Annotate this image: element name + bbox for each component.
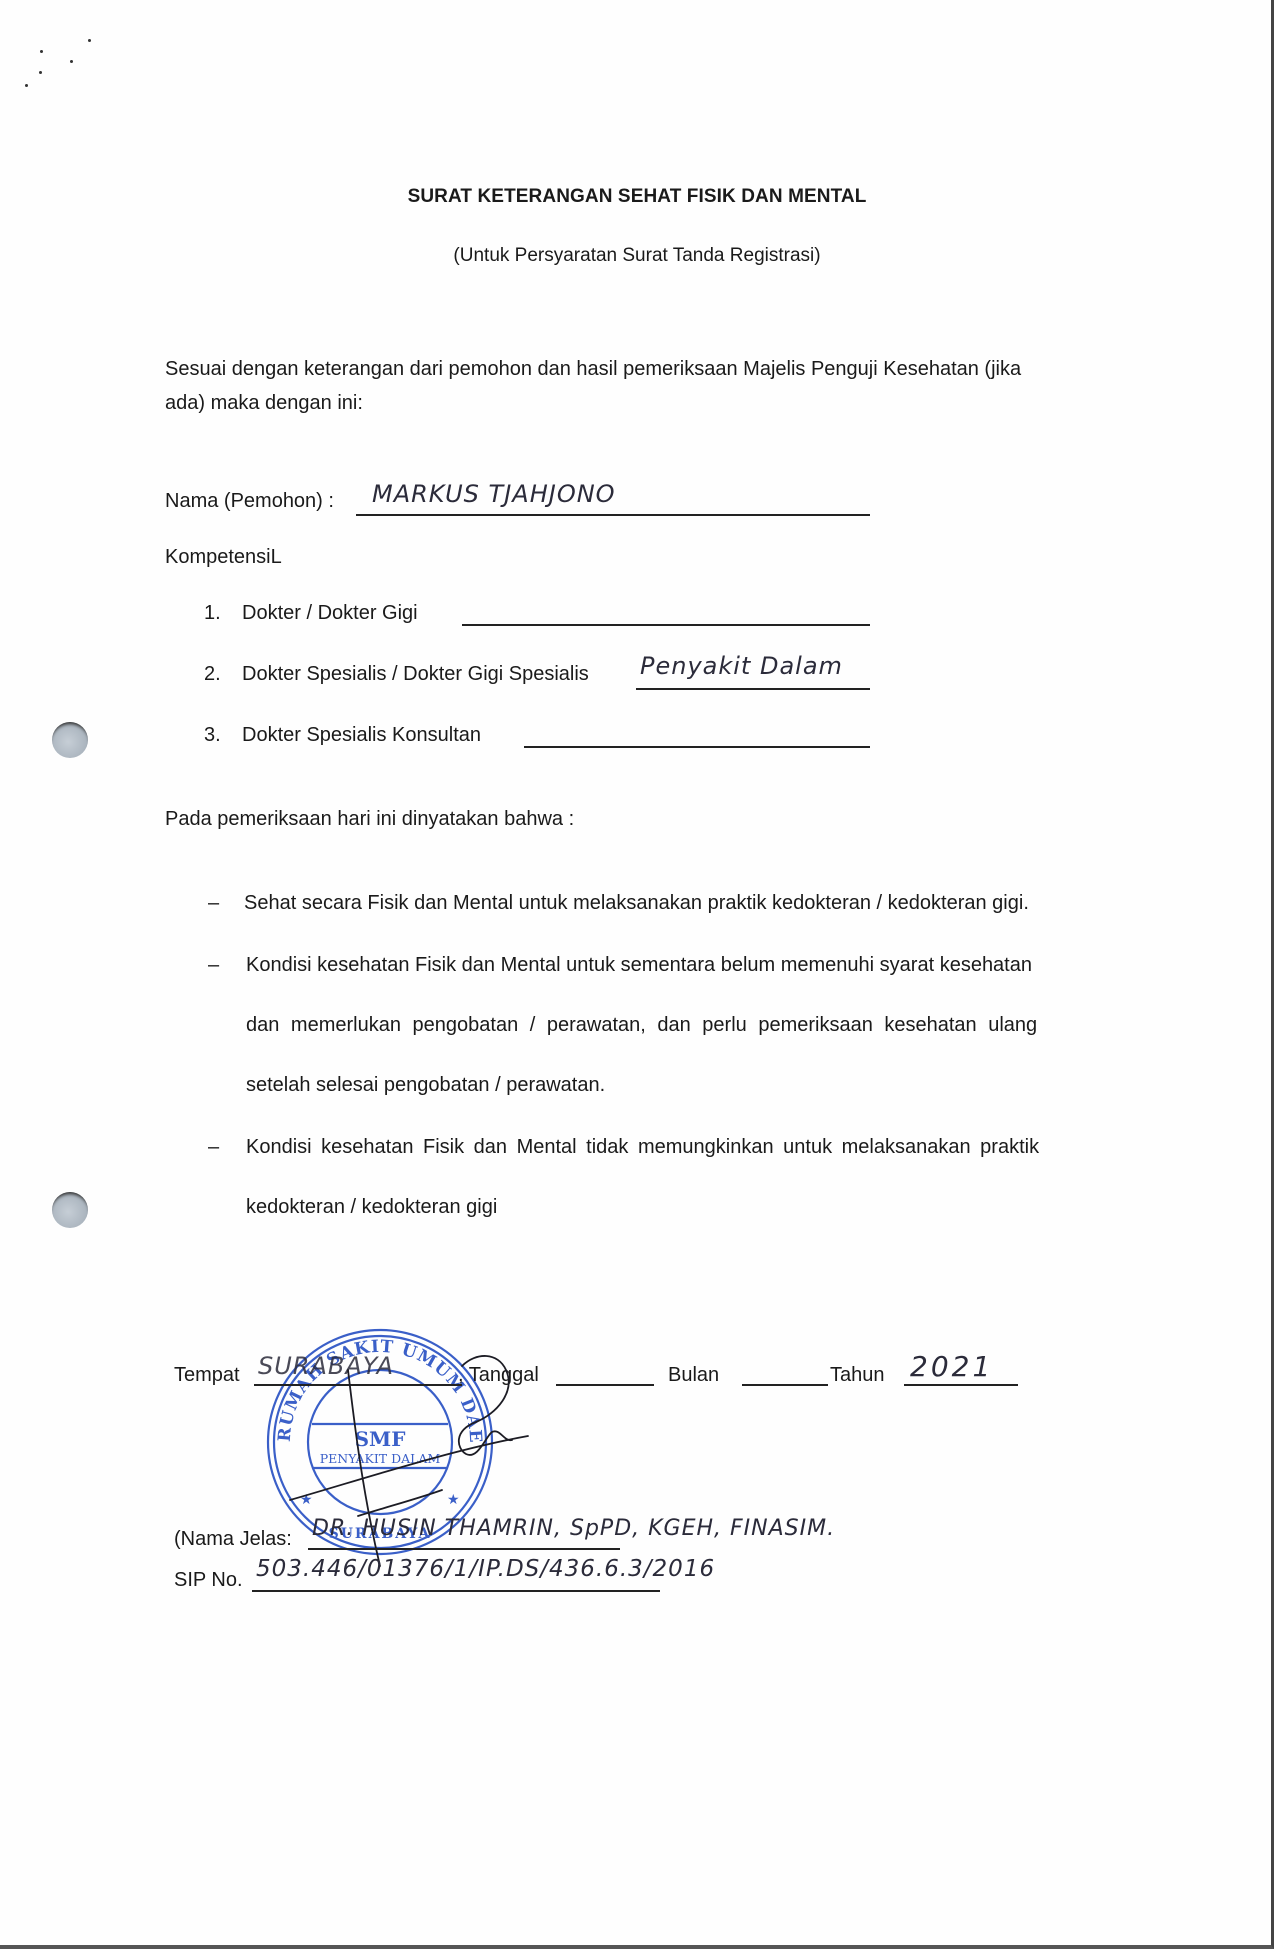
intro-line-1: Sesuai dengan keterangan dari pemohon da… [165, 352, 1021, 386]
scan-speck [25, 84, 28, 87]
competency-item-1-number: 1. [204, 596, 221, 630]
scan-speck [40, 50, 43, 53]
punch-hole [52, 1192, 88, 1228]
year-field[interactable]: 2021 [910, 1350, 993, 1383]
statement-3-line-2: kedokteran / kedokteran gigi [246, 1190, 497, 1224]
signer-name-field[interactable]: DR. HUSIN THAMRIN, SpPD, KGEH, FINASIM. [312, 1516, 835, 1541]
applicant-name-field[interactable]: MARKUS TJAHJONO [372, 480, 616, 508]
scan-speck [88, 39, 91, 42]
statement-3-bullet: – [208, 1130, 219, 1164]
statement-2-line-1: Kondisi kesehatan Fisik dan Mental untuk… [246, 948, 1032, 982]
signer-name-underline [308, 1548, 620, 1550]
sip-field[interactable]: 503.446/01376/1/IP.DS/436.6.3/2016 [256, 1556, 715, 1582]
statement-2-line-2: dan memerlukan pengobatan / perawatan, d… [246, 1008, 1037, 1042]
applicant-underline [356, 514, 870, 516]
month-label: Bulan [668, 1358, 719, 1392]
month-field[interactable] [742, 1384, 828, 1386]
competency-item-3-label: Dokter Spesialis Konsultan [242, 718, 481, 752]
sip-label: SIP No. [174, 1563, 243, 1597]
competency-label: KompetensiL [165, 540, 282, 574]
intro-line-2: ada) maka dengan ini: [165, 386, 363, 420]
year-label: Tahun [830, 1358, 885, 1392]
document-subtitle: (Untuk Persyaratan Surat Tanda Registras… [0, 245, 1274, 267]
competency-item-2-number: 2. [204, 657, 221, 691]
statement-1-bullet: – [208, 886, 219, 920]
statement-1-line-1: Sehat secara Fisik dan Mental untuk mela… [244, 886, 1029, 920]
competency-item-1-field[interactable] [462, 624, 870, 626]
statement-2-bullet: – [208, 948, 219, 982]
competency-item-3-number: 3. [204, 718, 221, 752]
place-label: Tempat [174, 1358, 240, 1392]
day-field[interactable] [556, 1384, 654, 1386]
signer-name-label: (Nama Jelas: [174, 1522, 292, 1556]
competency-item-2-field[interactable]: Penyakit Dalam [640, 652, 843, 680]
applicant-label: Nama (Pemohon) : [165, 484, 334, 518]
statement-2-line-3: setelah selesai pengobatan / perawatan. [246, 1068, 605, 1102]
statement-3-line-1: Kondisi kesehatan Fisik dan Mental tidak… [246, 1130, 1039, 1164]
competency-item-2-underline [636, 688, 870, 690]
scan-speck [70, 60, 73, 63]
document-page: SURAT KETERANGAN SEHAT FISIK DAN MENTAL … [0, 0, 1274, 1949]
competency-item-3-field[interactable] [524, 746, 870, 748]
punch-hole [52, 722, 88, 758]
year-underline [904, 1384, 1018, 1386]
competency-item-2-label: Dokter Spesialis / Dokter Gigi Spesialis [242, 657, 589, 691]
scan-speck [39, 71, 42, 74]
competency-item-1-label: Dokter / Dokter Gigi [242, 596, 418, 630]
statement-intro: Pada pemeriksaan hari ini dinyatakan bah… [165, 802, 574, 836]
document-title: SURAT KETERANGAN SEHAT FISIK DAN MENTAL [0, 186, 1274, 208]
sip-underline [252, 1590, 660, 1592]
